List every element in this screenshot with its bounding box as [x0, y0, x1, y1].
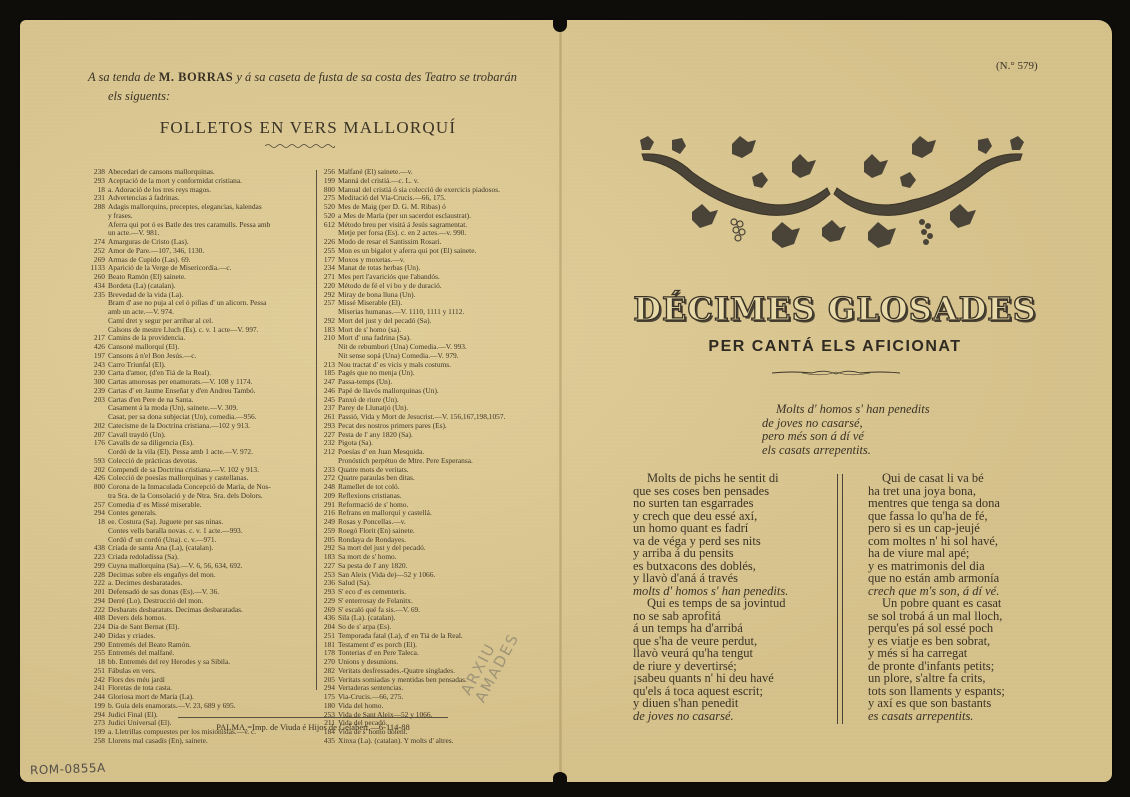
catalog-entry: Miserias humanas.—V. 1110, 1111 y 1112.	[320, 308, 542, 317]
catalog-entry: 292Mort del just y del pecadó (Sa).	[320, 317, 542, 326]
catalog-entry: 226Modo de resar el Santissim Rosari.	[320, 238, 542, 247]
catalog-entry-number: 217	[90, 334, 105, 343]
catalog-entry-title: Comedia d' es Missé miserable.	[108, 501, 202, 509]
epigraph-line: pero més son á dí vé	[762, 430, 930, 444]
catalog-entry-number: 1133	[90, 264, 105, 273]
catalog-entry-number: 227	[320, 431, 335, 440]
catalog-entry-number: 229	[320, 597, 335, 606]
catalog-entry-number: 202	[90, 422, 105, 431]
catalog-entry: 230Carta d'amor, (d'en Tiá de la Real).	[90, 369, 314, 378]
catalog-entry-number: 222	[90, 606, 105, 615]
catalog-entry: 293S' eco d' es cementeris.	[320, 588, 542, 597]
catalog-entry-number: 199	[320, 177, 335, 186]
catalog-entry-title: y frases.	[108, 212, 133, 220]
catalog-entry-title: Casat, per sa dona subjeciat (Un), comed…	[108, 413, 257, 421]
catalog-entry-number: 261	[320, 413, 335, 422]
catalog-entry: 180Vida del homo.	[320, 702, 542, 711]
catalog-entry-title: Manual del cristiá ó sia colecció de exe…	[338, 186, 500, 194]
catalog-entry-number: 240	[90, 632, 105, 641]
catalog-entry: 247Passa-temps (Un).	[320, 378, 542, 387]
catalog-entry: 232Pigota (Sa).	[320, 439, 542, 448]
catalog-entry: 224Dia de Sant Bernat (El).	[90, 623, 314, 632]
catalog-entry-number: 800	[320, 186, 335, 195]
catalog-entry-title: Rosas y Poncellas.—v.	[338, 518, 406, 526]
catalog-entry-title: Mort del just y del pecadó (Sa).	[338, 317, 431, 325]
catalog-entry: 408Devers dels homos.	[90, 614, 314, 623]
catalog-entry-title: Parey de Llunatjó (Un).	[338, 404, 408, 412]
page-fold	[559, 20, 562, 782]
catalog-entry-number: 176	[90, 439, 105, 448]
catalog-entry: 183Sa mort de s' homo.	[320, 553, 542, 562]
catalog-entry-number: 175	[320, 693, 335, 702]
poem-line: de joves no casarsé.	[633, 710, 833, 723]
catalog-entry-title: Derré (Lo). Destrucció del mon.	[108, 597, 203, 605]
catalog-entry: 240Didas y criades.	[90, 632, 314, 641]
catalog-entry: Casat, per sa dona subjeciat (Un), comed…	[90, 413, 314, 422]
catalog-entry-number: 275	[320, 194, 335, 203]
catalog-entry: 293Aceptació de la mort y conformidat cr…	[90, 177, 314, 186]
catalog-entry-number: 212	[320, 448, 335, 457]
catalog-entry-title: Mon es un bigalot y aferra qui pot (El) …	[338, 247, 476, 255]
catalog-entry-number: 294	[90, 597, 105, 606]
catalog-entry: 213Nou tractat d' es vicis y mals costum…	[320, 361, 542, 370]
catalog-entry-number: 224	[90, 623, 105, 632]
catalog-entry-title: Temporada fatal (La), d' en Tiá de la Re…	[338, 632, 463, 640]
catalog-entry-number: 294	[320, 684, 335, 693]
catalog-entry-title: bb. Entremés del rey Herodes y sa Sibila…	[108, 658, 230, 666]
poem-column-right: Qui de casat li va béha tret una joya bo…	[868, 472, 1058, 722]
catalog-entry: Calsons de mestre Lluch (Es). c. v. 1 ac…	[90, 326, 314, 335]
catalog-entry-title: Floretas de tota casta.	[108, 684, 172, 692]
catalog-entry-title: Advertencias á fadrinas.	[108, 194, 180, 202]
catalog-entry-title: Entremés del malfané.	[108, 649, 174, 657]
catalog-entry-number: 292	[320, 317, 335, 326]
catalog-entry-title: Aceptació de la mort y conformidat crist…	[108, 177, 242, 185]
catalog-entry-title: a. Decimes desbaratades.	[108, 579, 182, 587]
catalog-entry: 251Fábulas en vers.	[90, 667, 314, 676]
catalog-entry-title: Cansons á n'el Bon Jesús.—c.	[108, 352, 196, 360]
catalog-entry-number: 216	[320, 509, 335, 518]
poem-line: y axí es que son bastants	[868, 697, 1058, 710]
catalog-entry: 274Amarguras de Cristo (Las).	[90, 238, 314, 247]
epigraph-line: de joves no casarsé,	[762, 417, 930, 431]
catalog-entry-title: Compendi de sa Doctrina cristiana.—V. 10…	[108, 466, 259, 474]
catalog-entry-title: So de s' arpa (Es).	[338, 623, 391, 631]
catalog-entry: 291Reformació de s' homo.	[320, 501, 542, 510]
catalog-entry: 292Sa mort del just y del pecadó.	[320, 544, 542, 553]
catalog-entry: Nit de rebumbori (Una) Comedia.—V. 993.	[320, 343, 542, 352]
catalog-entry-number: 293	[90, 177, 105, 186]
catalog-entry-number: 426	[90, 474, 105, 483]
catalog-entry-number: 251	[320, 632, 335, 641]
catalog-entry-number: 183	[320, 326, 335, 335]
catalog-entry: 252Amor de Pare.—107, 346, 1130.	[90, 247, 314, 256]
poem-line: ¡sabeu quants n' hi deu havé	[633, 672, 833, 685]
catalog-entry-title: Mort d' una fadrina (Sa).	[338, 334, 411, 342]
catalog-entry: 176Cavalls de sa diligencia (Es).	[90, 439, 314, 448]
catalog-entry-number: 199	[90, 702, 105, 711]
catalog-entry-title: Nou tractat d' es vicis y mals costums.	[338, 361, 451, 369]
catalog-entry-number: 237	[320, 404, 335, 413]
catalog-entry-number: 203	[90, 396, 105, 405]
catalog-entry-number: 226	[320, 238, 335, 247]
catalog-entry: 199b. Guia dels enamorats.—V. 23, 689 y …	[90, 702, 314, 711]
catalog-entry-title: Método de fé el vi bo y de duració.	[338, 282, 442, 290]
catalog-entry-title: Cartas amorosas per enamorats.—V. 108 y …	[108, 378, 252, 386]
catalog-entry-title: Defensadó de sas donas (Es).—V. 36.	[108, 588, 219, 596]
shelfmark-handwritten: ROM-0855A	[30, 761, 106, 778]
catalog-entry-title: Corona de la Inmaculada Concepció de Mar…	[108, 483, 271, 491]
catalog-entry-number: 230	[90, 369, 105, 378]
catalog-entry-title: Panxó de riure (Un).	[338, 396, 399, 404]
section-title: FOLLETOS EN VERS MALLORQUÍ	[88, 118, 528, 138]
catalog-entry: 185Pagés que no menja (Un).	[320, 369, 542, 378]
catalog-entry-title: Bram d' ase no puja al cel ó pifias d' u…	[108, 299, 266, 307]
catalog-entry-number: 800	[90, 483, 105, 492]
catalog-entry: 234Manat de totas herbas (Un).	[320, 264, 542, 273]
catalog-entry-number: 258	[90, 737, 105, 746]
catalog-entry: 282Veritats desfressades.-Quatre singlad…	[320, 667, 542, 676]
catalog-entry: 299Cuyna mallorquina (Sa).—V. 6, 56, 634…	[90, 562, 314, 571]
catalog-entry: 197Cansons á n'el Bon Jesús.—c.	[90, 352, 314, 361]
catalog-entry-title: Vida del homo.	[338, 702, 383, 710]
catalog-entry-number: 231	[90, 194, 105, 203]
catalog-entry: 258Llorens mal casadís (En), sainete.	[90, 737, 314, 746]
catalog-entry: Bram d' ase no puja al cel ó pifias d' u…	[90, 299, 314, 308]
fold-notch-top	[553, 18, 567, 32]
catalog-entry-title: Reformació de s' homo.	[338, 501, 408, 509]
catalog-entry: 256Malfané (El) sainete.—v.	[320, 168, 542, 177]
catalog-entry: 253San Aleix (Vida de)—52 y 1066.	[320, 571, 542, 580]
catalog-entry-title: Llorens mal casadís (En), sainete.	[108, 737, 208, 745]
catalog-entry-title: Malfané (El) sainete.—v.	[338, 168, 413, 176]
catalog-entry-title: Tonterias d' en Pere Taleca.	[338, 649, 419, 657]
catalog-entry-title: a Mes de María (per un sacerdot esclaust…	[338, 212, 471, 220]
catalog-entry-title: Flors des méu jardí	[108, 676, 165, 684]
catalog-entry-number: 293	[320, 588, 335, 597]
catalog-entry: 593Colecció de prácticas devotas.	[90, 457, 314, 466]
catalog-entry: 435Xinxa (La). (catalan). Y molts d' alt…	[320, 737, 542, 746]
catalog-entry-title: ee. Costura (Sa). Juguete per sas ninas.	[108, 518, 223, 526]
poem-line: á un temps ha d'arribá	[633, 622, 833, 635]
catalog-entry: 202Catecisme de la Doctrina cristiana.—1…	[90, 422, 314, 431]
catalog-entry: y frases.	[90, 212, 314, 221]
poem-line: mentres que tenga sa dona	[868, 497, 1058, 510]
catalog-entry-number: 234	[320, 264, 335, 273]
catalog-entry-number: 271	[320, 273, 335, 282]
catalog-entry: 175Via-Crucis.—66, 275.	[320, 693, 542, 702]
catalog-entry-title: Dia de Sant Bernat (El).	[108, 623, 179, 631]
catalog-entry-number: 197	[90, 352, 105, 361]
catalog-entry-number: 612	[320, 221, 335, 230]
catalog-entry-title: Sila (La). (catalan).	[338, 614, 395, 622]
epigraph-line: Molts d' homos s' han penedits	[762, 403, 930, 417]
poem-line: ha de viure mal apé;	[868, 547, 1058, 560]
catalog-entry-title: Cansoné mallorquí (El).	[108, 343, 179, 351]
catalog-entry-title: Cavall traydó (Un).	[108, 431, 166, 439]
catalog-entry-title: Didas y criades.	[108, 632, 155, 640]
catalog-entry: Camí dret y segur per arribar al cel.	[90, 317, 314, 326]
catalog-entry-number: 235	[90, 291, 105, 300]
catalog-entry: tra Sra. de la Consolació y de Ntra. Sra…	[90, 492, 314, 501]
catalog-entry-number: 270	[320, 658, 335, 667]
catalog-entry-number: 210	[320, 334, 335, 343]
catalog-entry-number: 294	[90, 509, 105, 518]
catalog-entry-title: Criada de santa Ana (La), (catalan).	[108, 544, 213, 552]
catalog-entry: 288Adagis mallorquins, preceptes, elegan…	[90, 203, 314, 212]
catalog-entry-title: Entremés del Beato Ramón.	[108, 641, 191, 649]
catalog-entry-number: 183	[320, 553, 335, 562]
catalog-entry-title: Cavalls de sa diligencia (Es).	[108, 439, 194, 447]
shop-name: M. BORRAS	[159, 70, 234, 84]
catalog-entry: 205Veritats somiadas y mentidas ben pens…	[320, 676, 542, 685]
catalog-entry-number: 233	[320, 466, 335, 475]
catalog-entry-number: 205	[320, 676, 335, 685]
poem-line: es casats arrepentits.	[868, 710, 1058, 723]
catalog-entry-number: 256	[320, 168, 335, 177]
catalog-entry-title: Criada redoladissa (Sa).	[108, 553, 179, 561]
catalog-entry-title: Miserias humanas.—V. 1110, 1111 y 1112.	[338, 308, 464, 316]
catalog-entry-title: Aparició de la Verge de Misericordia.—c.	[108, 264, 231, 272]
catalog-entry: 300Cartas amorosas per enamorats.—V. 108…	[90, 378, 314, 387]
catalog-entry-title: Manná del cristiá.—c. L. v.	[338, 177, 419, 185]
catalog-entry-number: 292	[320, 291, 335, 300]
catalog-entry: Contes vells baralla novas. c. v. 1 acte…	[90, 527, 314, 536]
catalog-entry-title: Papé de llavós mallorquinas (Un).	[338, 387, 439, 395]
catalog-entry-title: Devers dels homos.	[108, 614, 166, 622]
catalog-entry: 227Pesta de l' any 1820 (Sa).	[320, 431, 542, 440]
catalog-entry-title: Roegó Florit (En) sainete.	[338, 527, 415, 535]
catalog-entry-number: 436	[320, 614, 335, 623]
catalog-entry: 255Entremés del malfané.	[90, 649, 314, 658]
catalog-entry: Aferra qui pot ó es Batle des tres caram…	[90, 221, 314, 230]
poem-column-left: Molts de pichs he sentit dique ses coses…	[633, 472, 833, 722]
catalog-entry-number: 249	[320, 518, 335, 527]
catalog-entry-number: 292	[320, 544, 335, 553]
catalog-entry-title: Desbarats desbaratats. Decimas desbarata…	[108, 606, 243, 614]
catalog-entry: 249Rosas y Poncellas.—v.	[320, 518, 542, 527]
catalog-entry-title: Gloriosa mort de María (La).	[108, 693, 194, 701]
catalog-entry: 205Rondaya de Rondayes.	[320, 536, 542, 545]
catalog-entry-title: Poesías d' en Juan Mesquida.	[338, 448, 424, 456]
catalog-entry: 235Brevedad de la vida (La).	[90, 291, 314, 300]
catalog-entry: 220Método de fé el vi bo y de duració.	[320, 282, 542, 291]
poem-line: no surten tan esgarrades	[633, 497, 833, 510]
catalog-entry: 223Criada redoladissa (Sa).	[90, 553, 314, 562]
catalog-entry-title: Pesta de l' any 1820 (Sa).	[338, 431, 413, 439]
catalog-entry-number: 18	[90, 658, 105, 667]
catalog-entry: 246Papé de llavós mallorquinas (Un).	[320, 387, 542, 396]
catalog-entry: 293Pecat des nostros primers pares (Es).	[320, 422, 542, 431]
poem-line: un homo quant es fadrí	[633, 522, 833, 535]
catalog-entry-number: 220	[320, 282, 335, 291]
intro-text: A sa tenda de M. BORRAS y á sa caseta de…	[88, 68, 528, 106]
catalog-entry-number: 201	[90, 588, 105, 597]
catalog-entry-number: 294	[90, 711, 105, 720]
catalog-entry: Nit sense sopá (Una) Comedia.—V. 979.	[320, 352, 542, 361]
issue-number: (N.° 579)	[996, 60, 1038, 72]
catalog-entry: 237Parey de Llunatjó (Un).	[320, 404, 542, 413]
squiggle-ornament-icon	[265, 143, 335, 149]
catalog-entry-title: Mort de s' homo (sa).	[338, 326, 401, 334]
catalog-entry: 257Comedia d' es Missé miserable.	[90, 501, 314, 510]
catalog-entry-number: 243	[90, 361, 105, 370]
poem-line: y arriba á du pensits	[633, 547, 833, 560]
catalog-entry: 292Miray de bona lluna (Un).	[320, 291, 542, 300]
catalog-entry: 1133Aparició de la Verge de Misericordia…	[90, 264, 314, 273]
catalog-entry-title: Contes vells baralla novas. c. v. 1 acte…	[108, 527, 243, 535]
vine-ornament-icon	[632, 132, 1032, 272]
catalog-entry-title: Sa mort de s' homo.	[338, 553, 397, 561]
catalog-list-left: 238Abecedari de cansons mallorquinas.293…	[90, 168, 314, 746]
catalog-entry-number: 255	[90, 649, 105, 658]
poem-line: pero si es un cap-jeujé	[868, 522, 1058, 535]
catalog-entry: 290Entremés del Beato Ramón.	[90, 641, 314, 650]
catalog-entry-title: Adagis mallorquins, preceptes, elegancia…	[108, 203, 262, 211]
catalog-entry-number: 181	[320, 641, 335, 650]
catalog-entry-number: 291	[320, 501, 335, 510]
catalog-entry: 800Manual del cristiá ó sia colecció de …	[320, 186, 542, 195]
catalog-entry-number: 223	[90, 553, 105, 562]
catalog-entry: 259Roegó Florit (En) sainete.	[320, 527, 542, 536]
catalog-entry-number: 299	[90, 562, 105, 571]
catalog-entry-title: Camí dret y segur per arribar al cel.	[108, 317, 213, 325]
catalog-entry: 207Cavall traydó (Un).	[90, 431, 314, 440]
catalog-entry-title: Quatre mots de veritats.	[338, 466, 409, 474]
catalog-entry-number: 207	[90, 431, 105, 440]
catalog-entry-title: Moxos y moxetas.—v.	[338, 256, 405, 264]
catalog-entry-number: 204	[320, 623, 335, 632]
catalog-entry-number: 18	[90, 186, 105, 195]
catalog-entry-number: 273	[90, 719, 105, 728]
catalog-entry-number: 213	[320, 361, 335, 370]
catalog-entry-number: 227	[320, 562, 335, 571]
catalog-entry: 183Mort de s' homo (sa).	[320, 326, 542, 335]
catalog-entry-number: 209	[320, 492, 335, 501]
catalog-entry: 272Quatre paraulas ben ditas.	[320, 474, 542, 483]
catalog-entry: 248Ramellet de tot coló.	[320, 483, 542, 492]
catalog-entry: Cordó de la vila (El). Pessa amb 1 acte.…	[90, 448, 314, 457]
catalog-entry-title: Aferra qui pot ó es Batle des tres caram…	[108, 221, 270, 229]
poem-line: un plore, s'altre fa crits,	[868, 672, 1058, 685]
catalog-entry-number: 252	[90, 247, 105, 256]
catalog-entry-title: Brevedad de la vida (La).	[108, 291, 183, 299]
catalog-entry: 239Cartas d' en Jaume Enseñat y d'en And…	[90, 387, 314, 396]
catalog-entry: 275Meditació del Via-Crucis.—66, 175.	[320, 194, 542, 203]
catalog-entry: 426Cansoné mallorquí (El).	[90, 343, 314, 352]
catalog-entry-title: Unions y desunions.	[338, 658, 398, 666]
catalog-entry-title: Via-Crucis.—66, 275.	[338, 693, 403, 701]
catalog-entry-title: Cordó de la vila (El). Pessa amb 1 acte.…	[108, 448, 253, 456]
subtitle: PER CANTÁ ELS AFICIONAT	[620, 338, 1050, 356]
catalog-entry-title: Testament d' es porch (El).	[338, 641, 417, 649]
catalog-entry-title: Pigota (Sa).	[338, 439, 373, 447]
catalog-entry-number: 251	[90, 667, 105, 676]
catalog-entry-title: Miray de bona lluna (Un).	[338, 291, 415, 299]
catalog-entry-title: Método breu per visitá á Jesús sagrament…	[338, 221, 467, 229]
catalog-entry-title: Carta d'amor, (d'en Tiá de la Real).	[108, 369, 211, 377]
catalog-entry-title: Mes pert l'avariciós que l'abandós.	[338, 273, 440, 281]
catalog-entry: 222Desbarats desbaratats. Decimas desbar…	[90, 606, 314, 615]
catalog-entry-number: 245	[320, 396, 335, 405]
catalog-entry-number: 247	[320, 378, 335, 387]
poem-line: perqu'es pá sol essé poch	[868, 622, 1058, 635]
catalog-entry: 18bb. Entremés del rey Herodes y sa Sibi…	[90, 658, 314, 667]
catalog-entry: 210Mort d' una fadrina (Sa).	[320, 334, 542, 343]
catalog-entry: 212Poesías d' en Juan Mesquida.	[320, 448, 542, 457]
catalog-entry: Metje per forsa (Es). c. en 2 actes.—v. …	[320, 229, 542, 238]
catalog-entry: 243Carro Triunfal (El).	[90, 361, 314, 370]
main-title: DÉCIMES GLOSADES	[620, 290, 1050, 328]
catalog-entry-number: 434	[90, 282, 105, 291]
catalog-entry-number: 290	[90, 641, 105, 650]
catalog-entry-title: Rondaya de Rondayes.	[338, 536, 406, 544]
catalog-entry-number: 238	[90, 168, 105, 177]
catalog-entry-number: 259	[320, 527, 335, 536]
catalog-entry-title: Cartas d'en Pere de na Santa.	[108, 396, 193, 404]
catalog-entry-number: 241	[90, 684, 105, 693]
catalog-entry-title: Sa mort del just y del pecadó.	[338, 544, 426, 552]
catalog-entry-title: un acte.—V. 981.	[108, 229, 159, 237]
catalog-entry-number: 520	[320, 203, 335, 212]
catalog-entry-number: 520	[320, 212, 335, 221]
catalog-entry: 231Advertencias á fadrinas.	[90, 194, 314, 203]
catalog-entry: 202Compendi de sa Doctrina cristiana.—V.…	[90, 466, 314, 475]
intro-line2: els siguents:	[88, 87, 528, 106]
catalog-entry-number: 180	[320, 702, 335, 711]
catalog-entry: amb un acte.—V. 974.	[90, 308, 314, 317]
poem-column-divider	[837, 474, 843, 724]
catalog-entry-number: 185	[320, 369, 335, 378]
catalog-entry-title: Catecisme de la Doctrina cristiana.—102 …	[108, 422, 250, 430]
catalog-entry-title: Colecció de poesías mallorquinas y caste…	[108, 474, 248, 482]
catalog-entry-number: 438	[90, 544, 105, 553]
catalog-entry-title: Pronóstich perpétuo de Mtre. Pere Espera…	[338, 457, 473, 465]
catalog-entry: 294Contes generals.	[90, 509, 314, 518]
imprint-line: PALMA.=Imp. de Viuda é Hijos de Gelabert…	[178, 722, 448, 732]
catalog-entry-title: Amor de Pare.—107, 346, 1130.	[108, 247, 204, 255]
catalog-entry: 612Método breu per visitá á Jesús sagram…	[320, 221, 542, 230]
catalog-entry: 242Flors des méu jardí	[90, 676, 314, 685]
catalog-entry-title: Casament á la moda (Un), sainete.—V. 309…	[108, 404, 238, 412]
catalog-entry: 236Salud (Sa).	[320, 579, 542, 588]
catalog-entry-title: Colecció de prácticas devotas.	[108, 457, 197, 465]
catalog-entry: 177Moxos y moxetas.—v.	[320, 256, 542, 265]
catalog-entry-title: Pecat des nostros primers pares (Es).	[338, 422, 447, 430]
catalog-entry-number: 228	[90, 571, 105, 580]
catalog-entry-title: Ramellet de tot coló.	[338, 483, 400, 491]
intro-rest: y á sa caseta de fusta de sa costa des T…	[233, 70, 517, 84]
catalog-entry-title: S' eco d' es cementeris.	[338, 588, 406, 596]
catalog-entry-title: Vertaderas sentencias.	[338, 684, 403, 692]
catalog-entry-title: Missé Miserable (El).	[338, 299, 402, 307]
poem-line: Un pobre quant es casat	[868, 597, 1058, 610]
poem-line: y diuen s'han penedit	[633, 697, 833, 710]
catalog-entry: 800Corona de la Inmaculada Concepció de …	[90, 483, 314, 492]
catalog-entry-number: 236	[320, 579, 335, 588]
catalog-entry-title: Abecedari de cansons mallorquinas.	[108, 168, 215, 176]
catalog-entry: 294Vertaderas sentencias.	[320, 684, 542, 693]
catalog-entry-number: 205	[320, 536, 335, 545]
catalog-entry-title: Metje per forsa (Es). c. en 2 actes.—v. …	[338, 229, 466, 237]
catalog-entry: 271Mes pert l'avariciós que l'abandós.	[320, 273, 542, 282]
catalog-entry-title: b. Guia dels enamorats.—V. 23, 689 y 695…	[108, 702, 236, 710]
catalog-entry: 294Derré (Lo). Destrucció del mon.	[90, 597, 314, 606]
catalog-entry-number: 435	[320, 737, 335, 746]
catalog-entry-title: Refrans en mallorquí y castellá.	[338, 509, 432, 517]
catalog-entry-title: Judici Universal (El).	[108, 719, 171, 727]
catalog-entry: 436Sila (La). (catalan).	[320, 614, 542, 623]
